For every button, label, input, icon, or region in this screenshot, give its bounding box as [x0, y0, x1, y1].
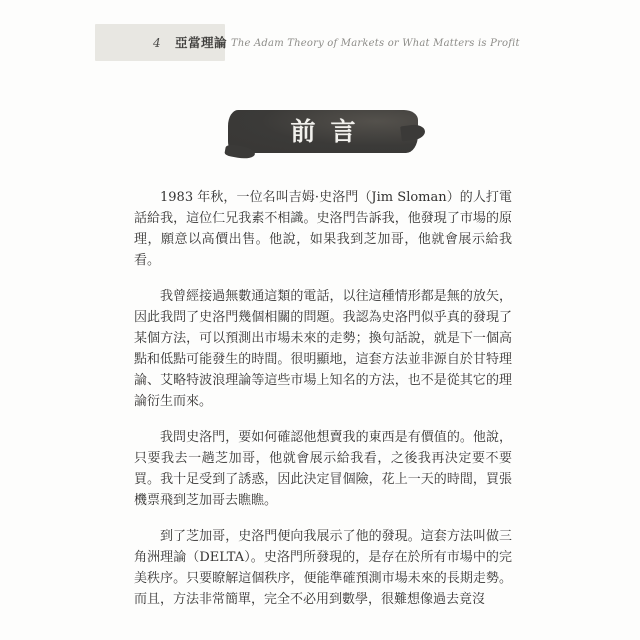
- section-banner: 前言: [228, 110, 418, 153]
- paragraph-2: 我曾經接過無數通這類的電話，以往這種情形都是無的放矢，因此我問了史洛門幾個相關的…: [134, 286, 512, 412]
- book-page: 4 亞當理論 The Adam Theory of Markets or Wha…: [0, 0, 640, 640]
- paragraph-3: 我問史洛門，要如何確認他想賣我的東西是有價值的。他說，只要我去一趟芝加哥，他就會…: [134, 427, 512, 511]
- book-subtitle-en: The Adam Theory of Markets or What Matte…: [231, 37, 520, 50]
- page-number: 4: [153, 36, 161, 50]
- paragraph-4: 到了芝加哥，史洛門便向我展示了他的發現。這套方法叫做三角洲理論（DELTA）。史…: [134, 526, 512, 610]
- paragraph-1: 1983 年秋，一位名叫吉姆·史洛門（Jim Sloman）的人打電話給我，這位…: [134, 187, 512, 271]
- body-text: 1983 年秋，一位名叫吉姆·史洛門（Jim Sloman）的人打電話給我，這位…: [134, 187, 512, 625]
- book-title: 亞當理論: [175, 35, 227, 51]
- section-title: 前言: [275, 119, 370, 144]
